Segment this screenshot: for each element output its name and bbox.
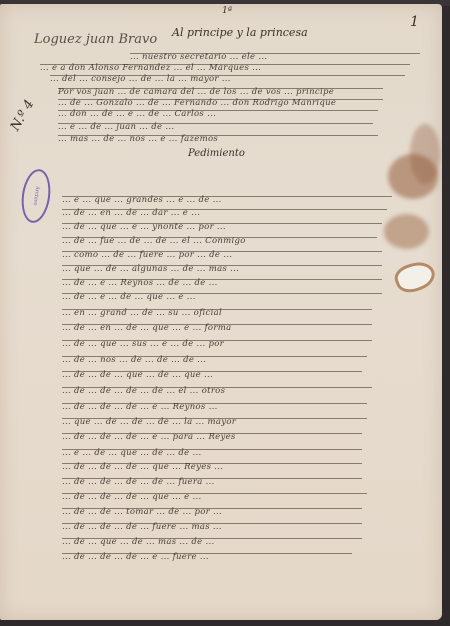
body-line: ... de ... nos ... de ... de ... de ... xyxy=(62,347,367,357)
water-stain xyxy=(410,124,440,184)
intro-line: ... de ... Gonzalo ... de ... Fernando .… xyxy=(58,90,383,100)
body-line: ... de ... de ... de ... e ... Reynos ..… xyxy=(62,394,367,404)
body-line: ... de ... de ... de ... e ... fuere ... xyxy=(62,544,352,554)
body-line: ... de ... de ... que ... de ... que ... xyxy=(62,362,362,372)
body-line: ... de ... de ... de ... de ... el ... o… xyxy=(62,378,372,388)
folio-number: 1 xyxy=(410,14,419,30)
paper-damage xyxy=(395,261,434,293)
body-line: ... de ... de ... de ... fuere ... mas .… xyxy=(62,514,362,524)
heading-line: Al principe y la princesa xyxy=(172,26,308,39)
body-line: ... de ... de ... tomar ... de ... por .… xyxy=(62,499,362,509)
intro-line: Por vos juan ... de camara del ... de lo… xyxy=(58,79,383,89)
body-line: ... e ... que ... grandes ... e ... de .… xyxy=(62,187,392,197)
intro-line: ... nuestro secretario ... ele ... xyxy=(130,44,420,54)
body-line: ... como ... de ... fuere ... por ... de… xyxy=(62,242,382,252)
body-line: ... de ... fue ... de ... de ... el ... … xyxy=(62,228,377,238)
body-line: ... de ... en ... de ... que ... e ... f… xyxy=(62,315,372,325)
top-annotation: 1ª xyxy=(222,6,232,16)
body-line: ... de ... en ... de ... dar ... e ... xyxy=(62,200,387,210)
body-line: ... de ... de ... de ... de ... fuera ..… xyxy=(62,469,362,479)
archive-stamp: Archivo xyxy=(18,167,53,224)
intro-line: ... e a don Alonso Fernandez ... el ... … xyxy=(40,55,410,65)
body-line: ... de ... que ... e ... ynonte ... por … xyxy=(62,214,382,224)
body-line: ... de ... que ... de ... mas ... de ... xyxy=(62,529,362,539)
body-line: ... en ... grand ... de ... su ... ofici… xyxy=(62,300,372,310)
intro-line: ... del ... consejo ... de ... la ... ma… xyxy=(50,66,405,76)
intro-line: ... e ... de ... juan ... de ... xyxy=(58,114,373,124)
intro-line: ... mas ... de ... nos ... e ... fazemos xyxy=(58,126,378,136)
body-line: ... que ... de ... de ... de ... la ... … xyxy=(62,409,367,419)
water-stain xyxy=(384,214,429,249)
body-line: ... de ... e ... de ... que ... e ... xyxy=(62,284,382,294)
body-line: ... que ... de ... algunas ... de ... ma… xyxy=(62,256,382,266)
body-line: ... de ... de ... de ... e ... para ... … xyxy=(62,424,362,434)
body-line: ... de ... de ... de ... que ... Reyes .… xyxy=(62,454,362,464)
manuscript-page: 1 1ª Loguez juan Bravo Al principe y la … xyxy=(0,4,442,620)
margin-number: N.º 4 xyxy=(8,97,38,133)
body-line: ... e ... de ... que ... de ... de ... xyxy=(62,440,362,450)
body-line: ... de ... de ... de ... que ... e ... xyxy=(62,484,367,494)
body-line: ... de ... e ... Reynos ... de ... de ..… xyxy=(62,270,382,280)
intro-line: ... don ... de ... e ... de ... Carlos .… xyxy=(58,101,378,111)
body-line: ... de ... que ... sus ... e ... de ... … xyxy=(62,331,372,341)
section-heading: Pedimiento xyxy=(188,148,245,159)
